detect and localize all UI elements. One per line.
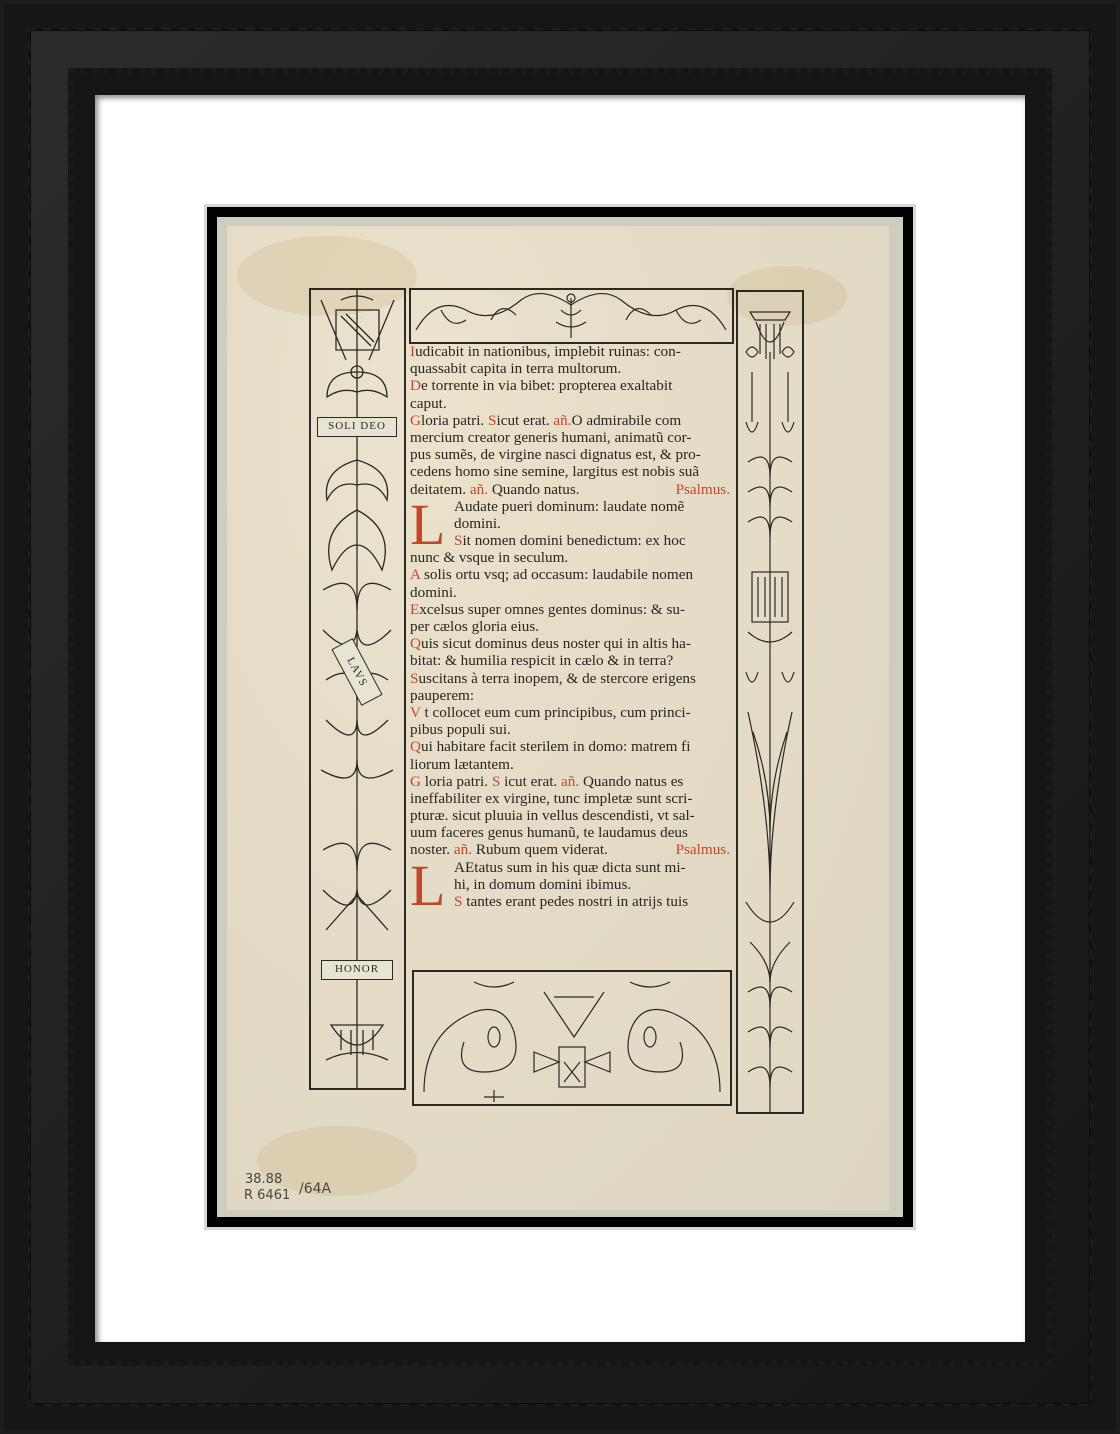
printers-device-ornament-icon (414, 972, 730, 1104)
text-line: Qui habitare facit sterilem in domo: mat… (410, 738, 730, 755)
text-line: Suscitans à terra inopem, & de stercore … (410, 670, 730, 687)
left-woodcut-border: SOLI DEO LAVS HONOR (309, 288, 406, 1090)
text-line: V t collocet eum cum principibus, cum pr… (410, 704, 730, 721)
text-line: noster. añ. Rubum quem viderat.Psalmus. (410, 841, 730, 858)
text-line: liorum lætantem. (410, 756, 730, 773)
text-line: Quis sicut dominus deus noster qui in al… (410, 635, 730, 652)
text-line: AEtatus sum in his quæ dicta sunt mi- (410, 859, 730, 876)
bottom-woodcut-block (412, 970, 732, 1106)
text-line: mercium creator generis humani, animatũ … (410, 429, 730, 446)
drop-cap-L: L (410, 496, 445, 554)
text-line: uum faceres genus humanũ, te laudamus de… (410, 824, 730, 841)
psalm-2-opening: L AEtatus sum in his quæ dicta sunt mi- … (410, 859, 730, 911)
foliage-scroll-ornament-icon (411, 290, 732, 342)
text-line: Iudicabit in nationibus, implebit ruinas… (410, 343, 730, 360)
antiphon-mark: añ. (470, 481, 488, 498)
text-line: G loria patri. S icut erat. añ. Quando n… (410, 773, 730, 790)
text-line: domini. (410, 584, 730, 601)
antiphon-mark: añ. (454, 841, 472, 858)
text-line: A solis ortu vsq; ad occasum: laudabile … (410, 566, 730, 583)
border-label-honor: HONOR (321, 960, 393, 980)
top-woodcut-border (409, 288, 734, 344)
border-label-soli-deo: SOLI DEO (317, 417, 397, 437)
text-line: domini. (410, 515, 730, 532)
text-line: hi, in domum domini ibimus. (410, 876, 730, 893)
drop-cap-L: L (410, 857, 445, 915)
text-line: nunc & vsque in seculum. (410, 549, 730, 566)
pencil-reference-number: R 6461 (244, 1188, 290, 1203)
antiphon-mark: añ. (553, 412, 571, 429)
text-line: pturæ. sicut pluuia in vellus descendist… (410, 807, 730, 824)
text-line: deitatem. añ. Quando natus.Psalmus. (410, 481, 730, 498)
pencil-folio-note: /64A (299, 1182, 331, 1197)
text-block: Iudicabit in nationibus, implebit ruinas… (410, 343, 730, 910)
text-line: S tantes erant pedes nostri in atrijs tu… (410, 893, 730, 910)
text-line: Gloria patri. Sicut erat. añ.O admirabil… (410, 412, 730, 429)
right-woodcut-border (736, 290, 804, 1114)
text-line: caput. (410, 395, 730, 412)
antiphon-mark: añ. (561, 773, 579, 790)
text-line: De torrente in via bibet: propterea exal… (410, 377, 730, 394)
text-line: pus sumẽs, de virgine nasci dignatus est… (410, 446, 730, 463)
text-line: per cælos gloria eius. (410, 618, 730, 635)
text-line: pauperem: (410, 687, 730, 704)
candelabra-column-ornament-icon (738, 292, 802, 1112)
pencil-accession-number: 38.88 (245, 1172, 282, 1187)
text-line: pibus populi sui. (410, 721, 730, 738)
text-line: quassabit capita in terra multorum. (410, 360, 730, 377)
psalm-rubric: Psalmus. (676, 481, 730, 498)
text-line: cedens homo sine semine, largitus est no… (410, 463, 730, 480)
text-line: Audate pueri dominum: laudate nomẽ (410, 498, 730, 515)
psalm-1-opening: L Audate pueri dominum: laudate nomẽ dom… (410, 498, 730, 550)
psalm-rubric: Psalmus. (676, 841, 730, 858)
text-line: bitat: & humilia respicit in cælo & in t… (410, 652, 730, 669)
text-line: Excelsus super omnes gentes dominus: & s… (410, 601, 730, 618)
text-line: Sit nomen domini benedictum: ex hoc (410, 532, 730, 549)
text-line: ineffabiliter ex virgine, tunc impletæ s… (410, 790, 730, 807)
